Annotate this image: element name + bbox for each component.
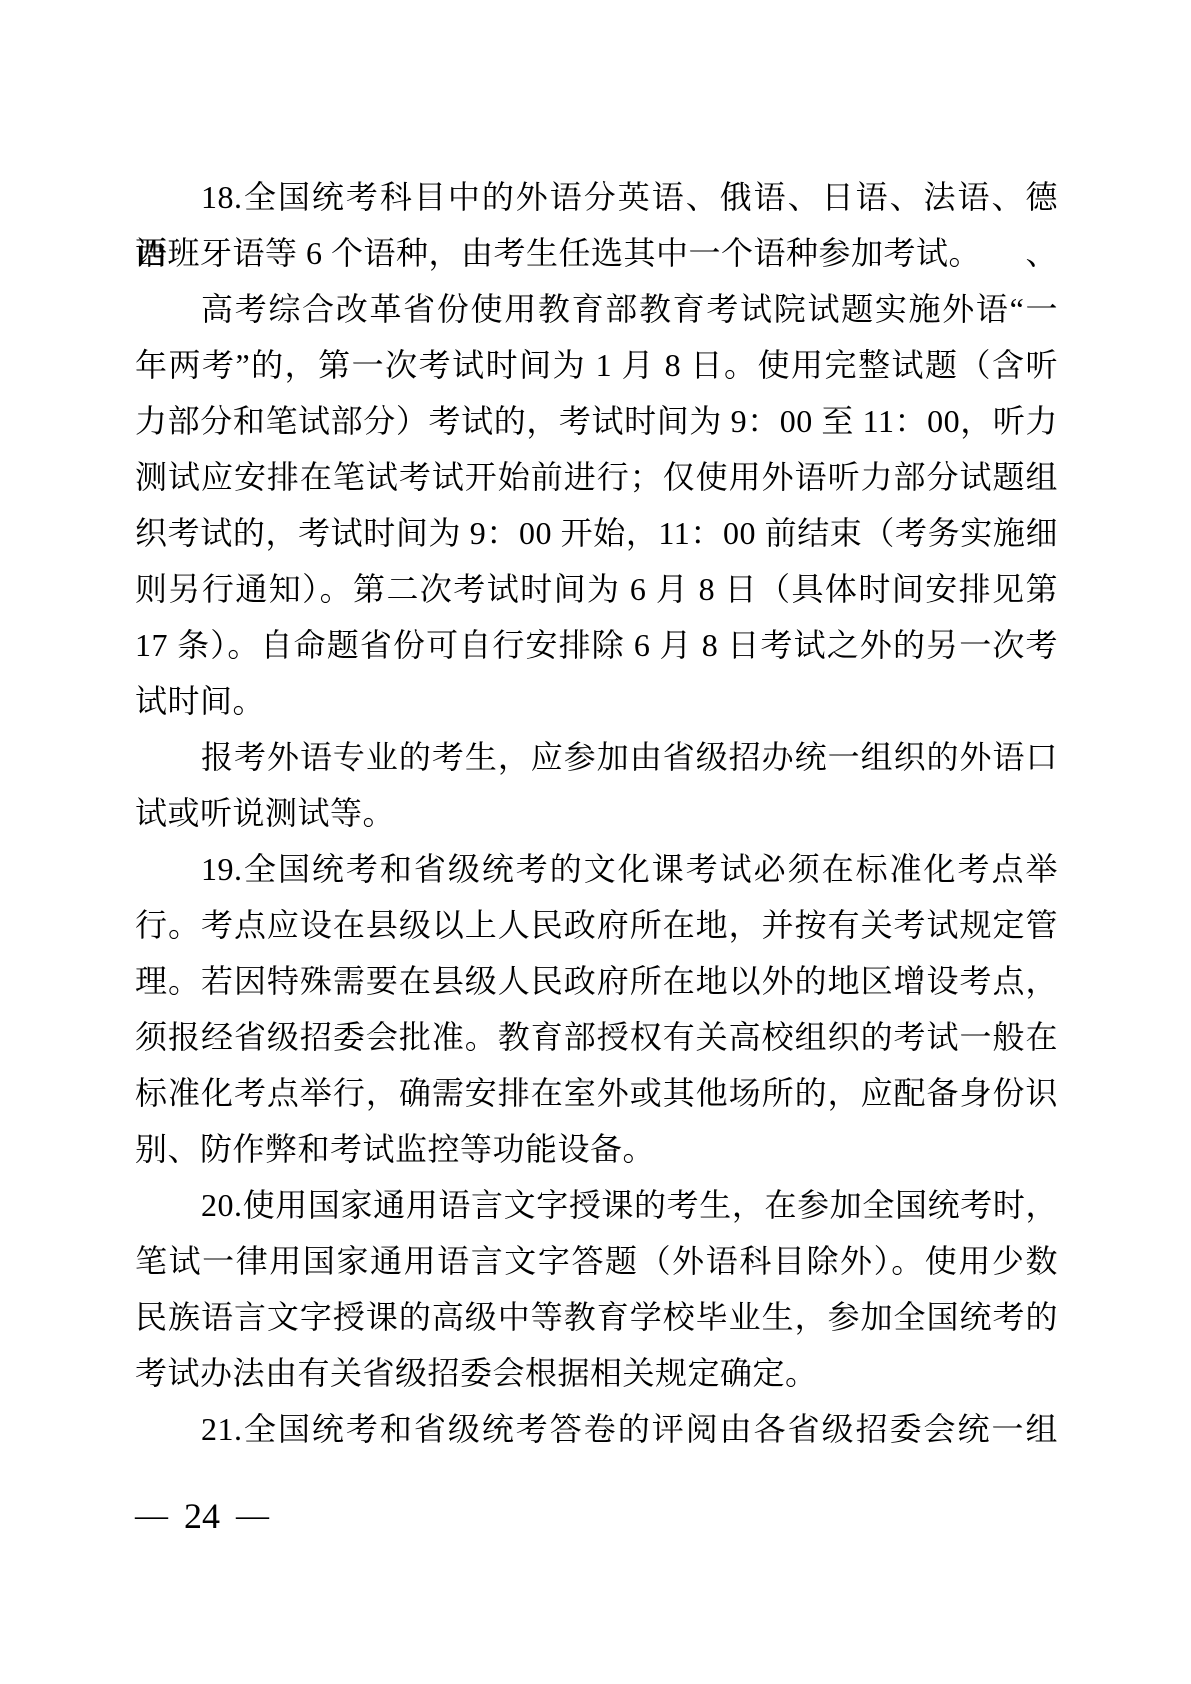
page-number: 24	[184, 1494, 220, 1538]
text-line: 织考试的，考试时间为 9：00 开始，11：00 前结束（考务实施细	[135, 505, 1058, 561]
footer-dash-left: —	[135, 1494, 168, 1538]
text-line: 别、防作弊和考试监控等功能设备。	[135, 1121, 1058, 1177]
text-line: 笔试一律用国家通用语言文字答题（外语科目除外）。使用少数	[135, 1233, 1058, 1289]
paragraph-item-21: 21.全国统考和省级统考答卷的评阅由各省级招委会统一组	[135, 1401, 1058, 1457]
text-line: 标准化考点举行，确需安排在室外或其他场所的，应配备身份识	[135, 1065, 1058, 1121]
paragraph-item-19: 19.全国统考和省级统考的文化课考试必须在标准化考点举行。考点应设在县级以上人民…	[135, 841, 1058, 1177]
text-line: 20.使用国家通用语言文字授课的考生，在参加全国统考时，	[135, 1177, 1058, 1233]
text-line: 理。若因特殊需要在县级人民政府所在地以外的地区增设考点，	[135, 953, 1058, 1009]
text-line: 则另行通知）。第二次考试时间为 6 月 8 日（具体时间安排见第	[135, 561, 1058, 617]
text-line: 19.全国统考和省级统考的文化课考试必须在标准化考点举	[135, 841, 1058, 897]
text-line: 测试应安排在笔试考试开始前进行；仅使用外语听力部分试题组	[135, 449, 1058, 505]
text-line: 试或听说测试等。	[135, 785, 1058, 841]
paragraph-item-20: 20.使用国家通用语言文字授课的考生，在参加全国统考时，笔试一律用国家通用语言文…	[135, 1177, 1058, 1401]
text-line: 18.全国统考科目中的外语分英语、俄语、日语、法语、德语、	[135, 169, 1058, 225]
text-line: 行。考点应设在县级以上人民政府所在地，并按有关考试规定管	[135, 897, 1058, 953]
text-line: 试时间。	[135, 673, 1058, 729]
text-line: 力部分和笔试部分）考试的，考试时间为 9：00 至 11：00，听力	[135, 393, 1058, 449]
text-line: 西班牙语等 6 个语种，由考生任选其中一个语种参加考试。	[135, 225, 1058, 281]
text-line: 17 条）。自命题省份可自行安排除 6 月 8 日考试之外的另一次考	[135, 617, 1058, 673]
document-body: 18.全国统考科目中的外语分英语、俄语、日语、法语、德语、西班牙语等 6 个语种…	[135, 169, 1058, 1457]
text-line: 21.全国统考和省级统考答卷的评阅由各省级招委会统一组	[135, 1401, 1058, 1457]
page-footer: — 24 —	[135, 1494, 269, 1538]
footer-dash-right: —	[236, 1494, 269, 1538]
text-line: 报考外语专业的考生，应参加由省级招办统一组织的外语口	[135, 729, 1058, 785]
text-line: 民族语言文字授课的高级中等教育学校毕业生，参加全国统考的	[135, 1289, 1058, 1345]
paragraph-item-18-foreign-language-twice: 高考综合改革省份使用教育部教育考试院试题实施外语“一年两考”的，第一次考试时间为…	[135, 281, 1058, 729]
text-line: 年两考”的，第一次考试时间为 1 月 8 日。使用完整试题（含听	[135, 337, 1058, 393]
document-page: 18.全国统考科目中的外语分英语、俄语、日语、法语、德语、西班牙语等 6 个语种…	[0, 0, 1191, 1684]
paragraph-item-18: 18.全国统考科目中的外语分英语、俄语、日语、法语、德语、西班牙语等 6 个语种…	[135, 169, 1058, 281]
text-line: 须报经省级招委会批准。教育部授权有关高校组织的考试一般在	[135, 1009, 1058, 1065]
text-line: 考试办法由有关省级招委会根据相关规定确定。	[135, 1345, 1058, 1401]
text-line: 高考综合改革省份使用教育部教育考试院试题实施外语“一	[135, 281, 1058, 337]
paragraph-item-18-oral-test: 报考外语专业的考生，应参加由省级招办统一组织的外语口试或听说测试等。	[135, 729, 1058, 841]
